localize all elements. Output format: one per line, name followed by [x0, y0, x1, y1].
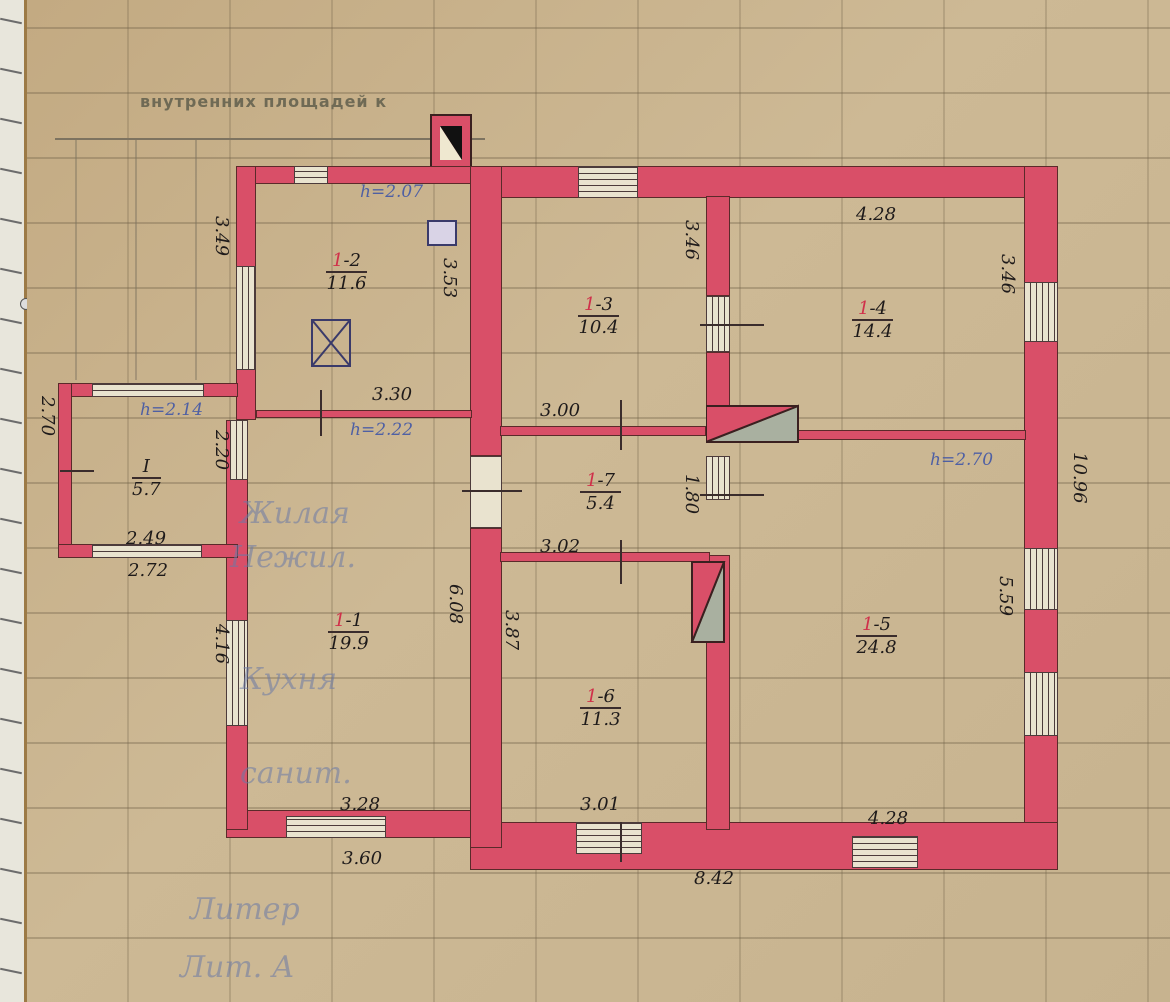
dim-room5-width: 4.28 — [868, 808, 908, 829]
wall-top-main — [470, 166, 1058, 198]
wall-bottom-main — [470, 822, 1058, 870]
wall-top-room2 — [236, 166, 476, 184]
door-room1-room7 — [470, 456, 502, 528]
binder-ring-line — [0, 318, 22, 325]
faded-table-background — [55, 140, 235, 380]
window-room3-top — [578, 166, 638, 198]
dim-building-height: 10.96 — [1069, 452, 1090, 504]
window-room2-left — [236, 266, 256, 370]
dim-building-width: 8.42 — [694, 868, 734, 889]
binder-ring-line — [0, 668, 22, 675]
door-swing-mark — [620, 540, 622, 584]
dim-room3-height: 3.46 — [681, 220, 702, 260]
note-room2-ceiling: h=2.07 — [360, 182, 423, 202]
binder-ring-line — [0, 218, 22, 225]
wall-central-upper — [470, 166, 502, 456]
window-room2-top — [294, 166, 328, 184]
dim-room2-width: 3.30 — [372, 384, 412, 405]
door-swing-mark — [620, 822, 622, 862]
door-swing-mark — [60, 470, 94, 472]
dim-room7-height: 1.80 — [681, 474, 702, 514]
binder-ring-line — [0, 518, 22, 525]
dim-porch-outer-width: 2.72 — [128, 560, 168, 581]
window-room4-right — [1024, 282, 1058, 342]
pencil-note: Лит. А — [180, 950, 295, 985]
window-room5-right-upper — [1024, 548, 1058, 610]
table-column-line — [195, 140, 197, 380]
dim-room6-width: 3.01 — [580, 794, 620, 815]
dim-room1-width: 3.28 — [340, 794, 380, 815]
table-column-line — [135, 140, 137, 380]
wall-central-lower — [470, 528, 502, 848]
dim-room6-height: 3.87 — [501, 610, 522, 650]
note-room1-ceiling: h=2.22 — [350, 420, 413, 440]
binder-ring-line — [0, 268, 22, 275]
dim-room3-width: 3.00 — [540, 400, 580, 421]
dim-room5-height: 5.59 — [995, 576, 1016, 616]
binder-ring-line — [0, 468, 22, 475]
wall-partition-room7-room6 — [500, 552, 710, 562]
dim-room7-width: 3.02 — [540, 536, 580, 557]
room-label-1-7: 1-7 5.4 — [580, 470, 621, 514]
room-label-porch: I 5.7 — [132, 456, 161, 500]
room-label-1-1: 1-1 19.9 — [328, 610, 369, 654]
binder-ring-line — [0, 718, 22, 725]
note-porch-ceiling: h=2.14 — [140, 400, 203, 420]
pencil-note: Нежил. — [230, 540, 356, 575]
chimney-icon — [430, 114, 472, 172]
stove-lower-icon — [690, 560, 726, 644]
binder-ring-line — [0, 968, 22, 975]
wall-partition-room2-room1 — [256, 410, 472, 418]
room-label-1-3: 1-3 10.4 — [578, 294, 619, 338]
binder-ring-line — [0, 568, 22, 575]
binder-edge — [0, 0, 27, 1002]
window-room5-right-lower — [1024, 672, 1058, 736]
stove-upper-icon — [706, 404, 800, 444]
dim-porch-top: 2.70 — [37, 396, 58, 436]
binder-ring-line — [0, 618, 22, 625]
room-label-1-4: 1-4 14.4 — [852, 298, 893, 342]
binder-ring-line — [0, 768, 22, 775]
pencil-note: Кухня — [240, 662, 337, 697]
binder-ring-line — [0, 918, 22, 925]
door-swing-mark — [320, 390, 322, 436]
door-swing-mark — [462, 490, 522, 492]
dim-porch-height: 2.20 — [211, 430, 232, 470]
dim-room1-outer-width: 3.60 — [342, 848, 382, 869]
window-room5-bottom — [852, 836, 918, 868]
binder-ring-line — [0, 418, 22, 425]
header-text: внутренних площадей к — [140, 92, 387, 111]
binder-ring-line — [0, 68, 22, 75]
door-porch-to-room1 — [230, 420, 248, 480]
binder-ring-line — [0, 868, 22, 875]
pencil-note: санит. — [240, 756, 352, 791]
dim-room1-height: 6.08 — [445, 584, 466, 624]
room-label-1-2: 1-2 11.6 — [326, 250, 367, 294]
pencil-note: Литер — [190, 892, 300, 927]
binder-ring-line — [0, 168, 22, 175]
binder-ring-line — [0, 118, 22, 125]
door-swing-mark — [620, 400, 622, 450]
room-label-1-5: 1-5 24.8 — [856, 614, 897, 658]
window-porch-top — [92, 383, 204, 397]
wall-between-room3-room4 — [706, 196, 730, 296]
dim-room4-height: 3.46 — [997, 254, 1018, 294]
window-room6-bottom — [576, 822, 642, 854]
ventilation-icon — [310, 318, 352, 368]
dim-room2-inner-height: 3.53 — [439, 258, 460, 298]
table-column-line — [75, 140, 77, 380]
binder-ring-line — [0, 18, 22, 25]
door-swing-mark — [700, 324, 764, 326]
wall-partition-room3-room7 — [500, 426, 706, 436]
dim-room2-height: 3.49 — [211, 216, 232, 256]
binder-ring-line — [0, 368, 22, 375]
room-label-1-6: 1-6 11.3 — [580, 686, 621, 730]
dim-left-window: 4.16 — [211, 624, 232, 664]
binder-ring-line — [0, 818, 22, 825]
dim-porch-inner-width: 2.49 — [126, 528, 166, 549]
sink-icon — [427, 220, 457, 246]
door-swing-mark — [700, 494, 764, 496]
window-room1-bottom — [286, 816, 386, 838]
pencil-note: Жилая — [240, 496, 350, 531]
dim-room4-width: 4.28 — [856, 204, 896, 225]
note-room5-ceiling: h=2.70 — [930, 450, 993, 470]
wall-right-outer — [1024, 166, 1058, 870]
